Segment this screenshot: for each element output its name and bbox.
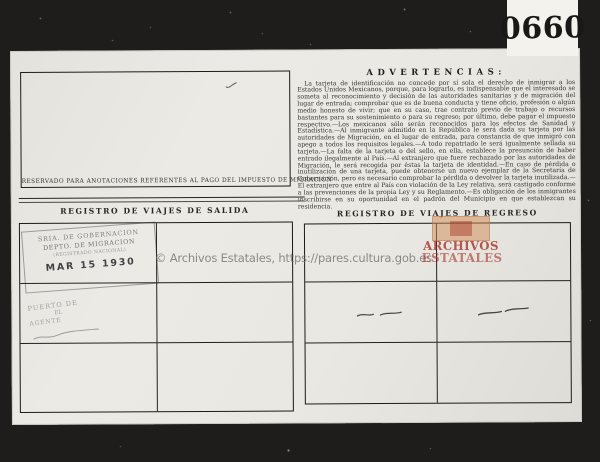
- advertencias-title: ADVERTENCIAS:: [297, 67, 575, 78]
- archive-logo-emblem-icon: [432, 216, 490, 241]
- photo-number: 0660: [499, 10, 585, 46]
- table-cell: [21, 343, 158, 412]
- gobernacion-date-stamp: SRIA. DE GOBERNACION DEPTO. DE MIGRACION…: [21, 222, 159, 294]
- pen-dash-mark: [356, 309, 402, 320]
- section-divider-rule: [19, 196, 305, 202]
- pen-tick-mark: [225, 82, 237, 90]
- table-cell: [438, 342, 571, 403]
- table-cell: [157, 283, 292, 344]
- table-cell: [158, 343, 293, 412]
- logo-text-line: ESTATALES: [422, 253, 500, 265]
- advertencias-section: ADVERTENCIAS: La tarjeta de identificaci…: [297, 67, 576, 211]
- table-cell: [306, 343, 438, 404]
- photo-number-label: 0660: [507, 0, 578, 56]
- annotation-box: RESERVADO PARA ANOTACIONES REFERENTES AL…: [20, 71, 291, 188]
- archive-watermark: © Archivos Estatales, https://pares.cult…: [155, 251, 432, 265]
- annotation-box-caption: RESERVADO PARA ANOTACIONES REFERENTES AL…: [22, 177, 290, 185]
- archivos-estatales-logo: ARCHIVOS ESTATALES: [421, 216, 501, 264]
- film-noise-speckles: [0, 0, 1, 1]
- salida-table-header: REGISTRO DE VIAJES DE SALIDA: [19, 205, 291, 216]
- advertencias-body: La tarjeta de identificación no concede …: [297, 80, 576, 211]
- scanned-document-view: RESERVADO PARA ANOTACIONES REFERENTES AL…: [0, 0, 600, 462]
